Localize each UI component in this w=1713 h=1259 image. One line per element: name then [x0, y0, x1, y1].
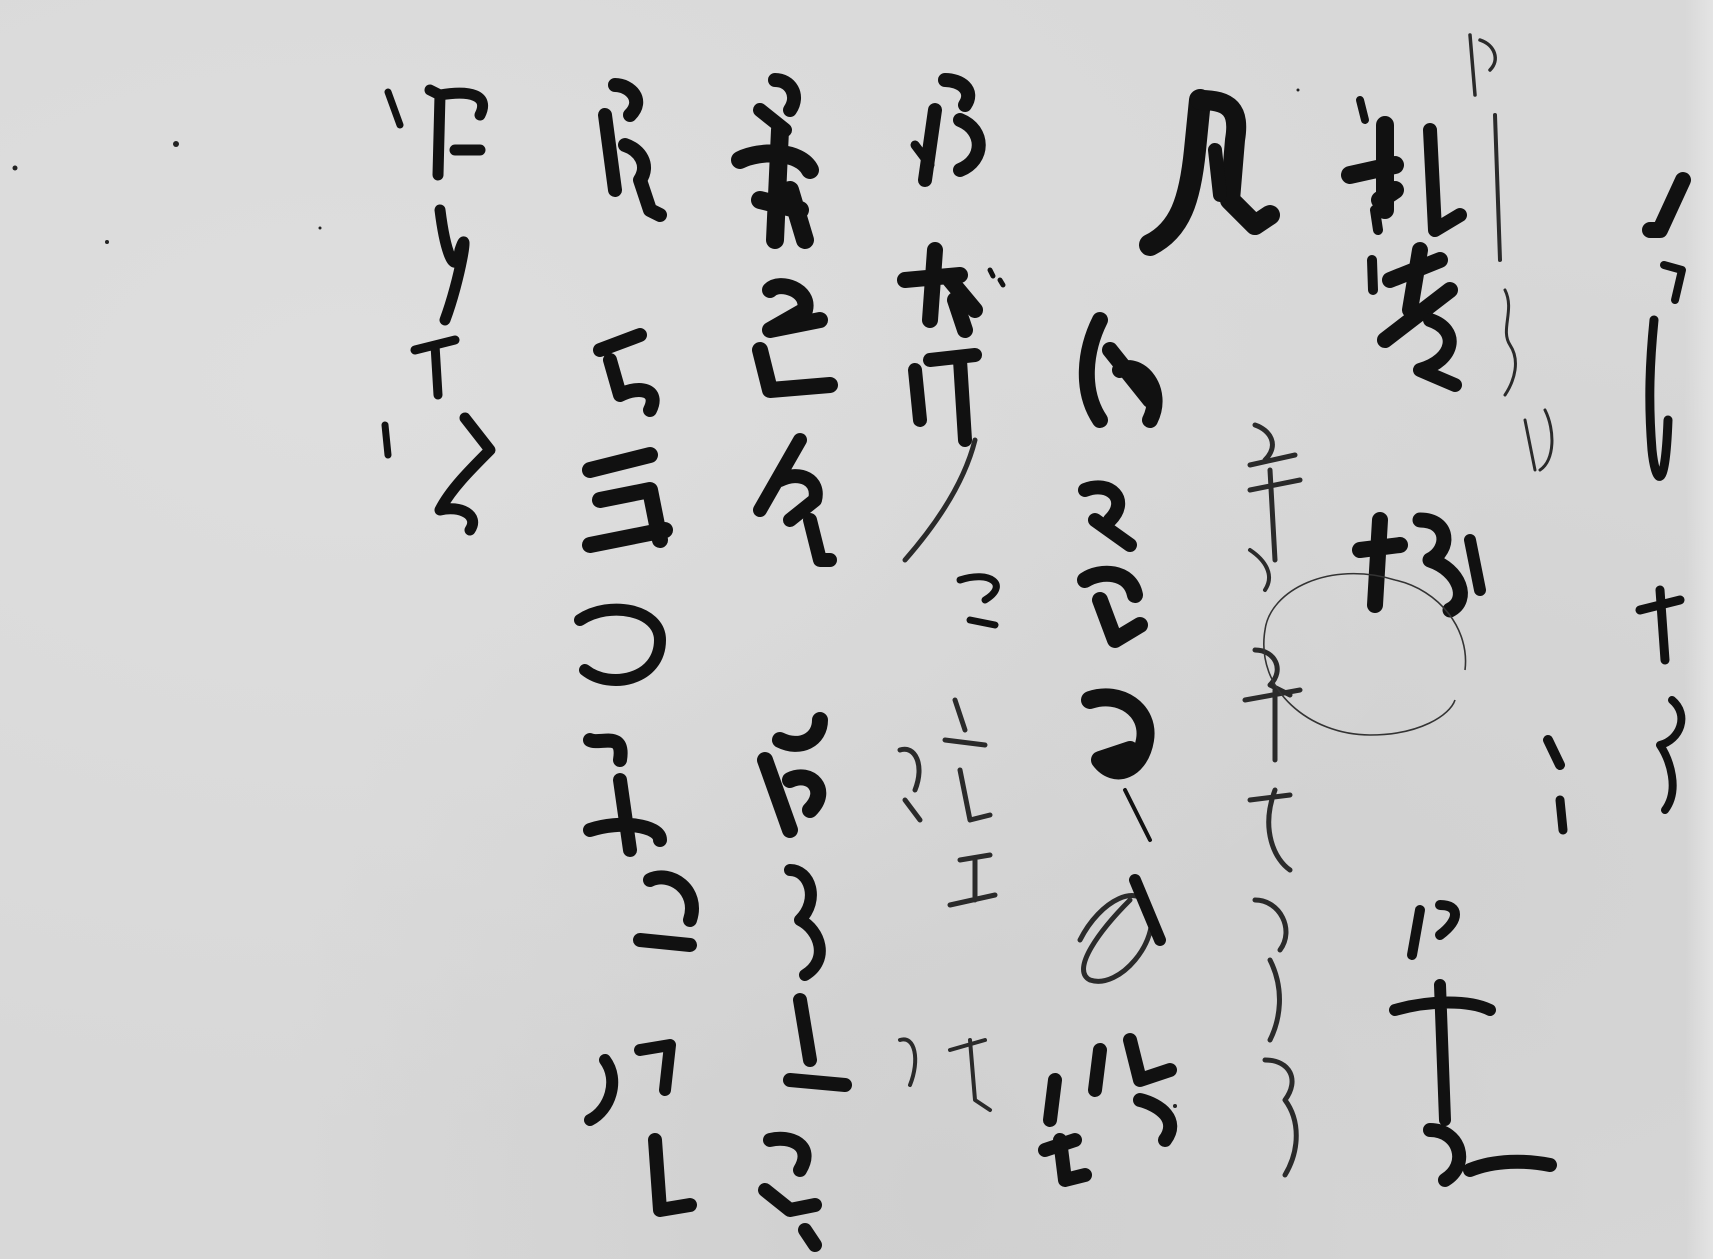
calligraphy-ink-layer	[0, 0, 1713, 1259]
column-3	[1350, 125, 1480, 610]
column-8	[900, 80, 1003, 1110]
column-2	[1470, 35, 1552, 470]
column-6	[1245, 425, 1300, 1175]
column-7	[1045, 320, 1170, 1180]
column-4-signature	[1395, 905, 1550, 1180]
column-5	[1150, 100, 1378, 290]
column-10	[580, 85, 692, 1210]
column-1	[1548, 180, 1683, 830]
column-11	[385, 90, 490, 530]
pencil-circle-annotation	[1264, 574, 1466, 735]
column-9	[740, 80, 845, 1245]
